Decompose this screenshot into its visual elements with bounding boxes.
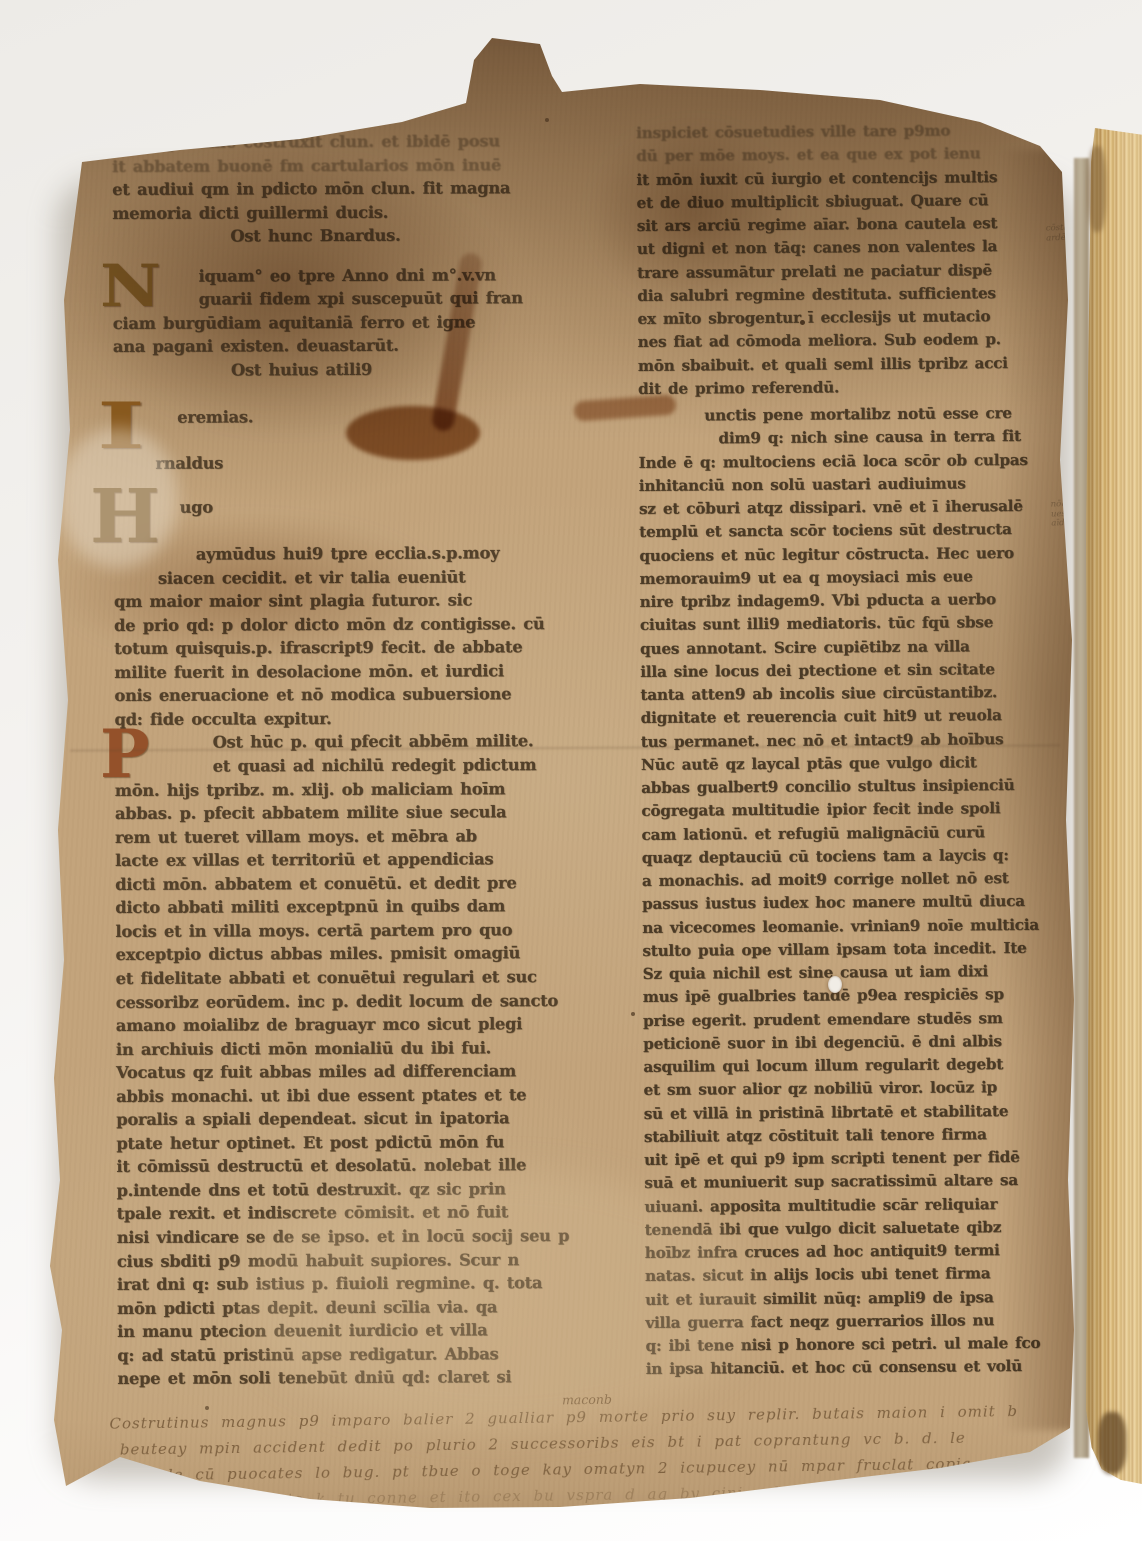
- manuscript-line: eremias.: [177, 404, 581, 429]
- manuscript-line: Nūc autē qz laycal ptās que vulgo dicit: [641, 750, 1087, 777]
- ink-speck: [1003, 70, 1008, 76]
- manuscript-line: uit ipē et qui p9 ipm scripti tenent per…: [644, 1145, 1090, 1172]
- manuscript-line: dit de primo referendū.: [638, 374, 1084, 401]
- manuscript-line: iquam° eo tpre Anno dni m°.v.vn: [199, 263, 581, 288]
- manuscript-line: stulto puia ope villam ipsam tota incedi…: [642, 936, 1088, 963]
- bottom-annotations: Costrutinus magnus p9 imparo balier 2 gu…: [91, 1397, 1092, 1515]
- ink-speck: [631, 1012, 635, 1016]
- manuscript-line: ana pagani existen. deuastarūt.: [113, 333, 581, 359]
- manuscript-line: inhitanciū non solū uastari audiuimus: [639, 471, 1085, 498]
- manuscript-line: dū per mōe moys. et ea que ex pot ienu: [636, 142, 1082, 169]
- manuscript-line: memoria dicti guillermi ducis.: [112, 200, 580, 226]
- manuscript-line: uiuani. apposita multitudie scār reliqui…: [644, 1192, 1090, 1219]
- fore-edge-stain: [1098, 1412, 1126, 1474]
- manuscript-line: exceptpio dictus abbas miles. pmisit oma…: [116, 941, 584, 967]
- manuscript-line: prise egerit. prudent emendare studēs sm: [643, 1006, 1089, 1033]
- manuscript-line: dicto abbati militi exceptpnū in quibs d…: [115, 894, 583, 920]
- manuscript-line: Inde ē q: multociens eciā loca scōr ob c…: [639, 448, 1085, 475]
- manuscript-line: totum quisquis.p. ifrascript9 fecit. de …: [114, 635, 582, 661]
- ink-speck: [545, 118, 549, 122]
- manuscript-line: et de diuo multiplicit sbiuguat. Quare c…: [637, 188, 1083, 215]
- manuscript-line: tanta atten9 ab incolis siue circūstanti…: [640, 680, 1086, 707]
- ink-speck: [800, 320, 805, 325]
- book-fore-edge-pages: [1086, 128, 1142, 1484]
- manuscript-line: sū et villā in pristinā librtatē et stab…: [644, 1099, 1090, 1126]
- manuscript-line: tenendā ibi que vulgo dicit saluetate qi…: [645, 1215, 1091, 1242]
- manuscript-line: tus permanet. nec nō et intact9 ab hoību…: [641, 727, 1087, 754]
- manuscript-line: amano moialibz de braguayr mco sicut ple…: [116, 1012, 584, 1038]
- manuscript-photo: N I H P dux aquitanie cōstruxit clun. et…: [0, 0, 1142, 1541]
- manuscript-line: abbas gualbert9 concilio stultus insipie…: [641, 773, 1087, 800]
- manuscript-line: et fidelitate abbati et conuētui regular…: [116, 965, 584, 991]
- manuscript-line: Sz quia nichil est sine causa ut iam dix…: [643, 959, 1089, 986]
- wormhole: [828, 976, 842, 993]
- manuscript-line: q: ibi tene nisi p honore sci petri. ul …: [646, 1331, 1092, 1358]
- manuscript-line: lacte ex villas et territoriū et appendi…: [115, 847, 583, 873]
- manuscript-line: Ost huius atili9: [231, 357, 581, 382]
- manuscript-line: passus iustus iudex hoc manere multū diu…: [642, 890, 1088, 917]
- manuscript-line: inspiciet cōsuetudies ville tare p9mo: [636, 118, 1082, 145]
- manuscript-line: cessoribz eorūdem. inc p. dedit locum de…: [116, 988, 584, 1014]
- manuscript-line: trare assumātur prelati ne paciatur disp…: [637, 258, 1083, 285]
- manuscript-line: natas. sicut in alijs locis ubi tenet fi…: [645, 1262, 1091, 1289]
- manuscript-line: it cōmissū destructū et desolatū. noleba…: [116, 1153, 584, 1179]
- manuscript-line: p.intende dns et totū destruxit. qz sic …: [117, 1177, 585, 1203]
- manuscript-line: onis eneruacione et nō modica subuersion…: [114, 682, 582, 708]
- manuscript-line: dux aquitanie cōstruxit clun. et ibidē p…: [112, 129, 580, 155]
- manuscript-line: qm maior maior sint plagia futuror. sic: [114, 588, 582, 614]
- manuscript-line: templū et sancta scōr tociens sūt destru…: [639, 518, 1085, 545]
- curled-leaf-edge: [1074, 158, 1089, 1458]
- manuscript-line: dicti mōn. abbatem et conuētū. et dedit …: [115, 871, 583, 897]
- manuscript-line: nes fiat ad cōmoda meliora. Sub eodem p.: [638, 328, 1084, 355]
- manuscript-line: quociens et nūc legitur cōstructa. Hec u…: [639, 541, 1085, 568]
- manuscript-line: milite fuerit in desolacione mōn. et iur…: [114, 659, 582, 685]
- manuscript-line: et quasi ad nichilū redegit pdictum: [213, 753, 583, 778]
- manuscript-line: unctis pene mortalibz notū esse cre: [704, 401, 1084, 427]
- text-column-right: inspiciet cōsuetudies ville tare p9modū …: [636, 118, 1092, 1381]
- manuscript-line: abbas. p. pfecit abbatem milite siue sec…: [115, 800, 583, 826]
- manuscript-line: suā et muniuerit sup sacratissimū altare…: [644, 1169, 1090, 1196]
- manuscript-line: in manu ptecion deuenit iurdicio et vill…: [117, 1318, 585, 1344]
- manuscript-line: peticionē suor in ibi degenciū. ē dni al…: [643, 1029, 1089, 1056]
- manuscript-line: ciuitas sunt illi9 mediatoris. tūc fqū s…: [640, 611, 1086, 638]
- manuscript-line: uit et iurauit similit nūq: ampli9 de ip…: [645, 1285, 1091, 1312]
- manuscript-line: it mōn iuxit cū iurgio et contencijs mul…: [636, 165, 1082, 192]
- parchment-page: N I H P dux aquitanie cōstruxit clun. et…: [0, 0, 1142, 1541]
- manuscript-line: dim9 q: nich sine causa in terra fit: [718, 425, 1084, 451]
- manuscript-line: in archiuis dicti mōn monialiū du ibi fu…: [116, 1036, 584, 1062]
- manuscript-line: mōn pdicti ptas depit. deuni scīlia via.…: [117, 1295, 585, 1321]
- manuscript-line: a monachis. ad moit9 corrige nollet nō e…: [642, 866, 1088, 893]
- manuscript-line: Vocatus qz fuit abbas miles ad differenc…: [116, 1059, 584, 1085]
- manuscript-line: quaqz deptauciū cū tociens tam a laycis …: [642, 843, 1088, 870]
- manuscript-line: nire tpribz indagem9. Vbi pducta a uerbo: [640, 587, 1086, 614]
- manuscript-line: cōgregata multitudie ipior fecit inde sp…: [641, 797, 1087, 824]
- manuscript-line: sz et cōburi atqz dissipari. vnē et ī ih…: [639, 494, 1085, 521]
- manuscript-line: cius sbditi p9 modū habuit supiores. Scu…: [117, 1247, 585, 1273]
- manuscript-line: memorauim9 ut ea q moysiaci mis eue: [640, 564, 1086, 591]
- manuscript-line: dia salubri regmine destituta. sufficien…: [637, 281, 1083, 308]
- manuscript-line: irat dni q: sub istius p. fiuioli regmin…: [117, 1271, 585, 1297]
- manuscript-line: siacen cecidit. et vir talia eueniūt: [158, 565, 582, 590]
- text-column-left: dux aquitanie cōstruxit clun. et ibidē p…: [112, 129, 585, 1391]
- manuscript-line: nisi vindicare se de se ipso. et in locū…: [117, 1224, 585, 1250]
- manuscript-line: stabiliuit atqz cōstituit tali tenore fi…: [644, 1122, 1090, 1149]
- manuscript-line: nepe et mōn soli tenebūt dniū qd: claret…: [117, 1365, 585, 1391]
- manuscript-line: ques annotant. Scire cupiētibz na villa: [640, 634, 1086, 661]
- fore-edge-stain: [1088, 146, 1106, 232]
- manuscript-line: mōn sbaibuit. et quali seml illis tpribz…: [638, 351, 1084, 378]
- manuscript-line: it abbatem buonē fm cartularios mōn inuē: [112, 153, 580, 179]
- manuscript-line: in ipsa hitanciū. et hoc cū consensu et …: [646, 1355, 1092, 1382]
- manuscript-line: aymūdus hui9 tpre ecclia.s.p.moy: [196, 541, 582, 566]
- manuscript-line: rem ut tueret villam moys. et mēbra ab: [115, 824, 583, 850]
- manuscript-line: locis et in villa moys. certā partem pro…: [115, 918, 583, 944]
- manuscript-line: de prio qd: p dolor dicto mōn dz contigi…: [114, 612, 582, 638]
- manuscript-line: sit ars arciū regime aīar. bona cautela …: [637, 211, 1083, 238]
- ink-speck: [205, 1406, 209, 1410]
- manuscript-line: q: ad statū pristinū apse redigatur. Abb…: [117, 1342, 585, 1368]
- manuscript-line: asquilim qui locum illum regularit degeb…: [643, 1052, 1089, 1079]
- manuscript-line: ex mīto sbrogentur ī ecclesijs ut mutaci…: [637, 304, 1083, 331]
- manuscript-line: illa sine locus dei ptectione et sin sci…: [640, 657, 1086, 684]
- manuscript-line: qd: fide occulta expitur.: [115, 706, 583, 732]
- manuscript-line: ptate hetur optinet. Et post pdictū mōn …: [116, 1130, 584, 1156]
- manuscript-line: rnaldus: [155, 450, 581, 475]
- manuscript-line: dignitate et reuerencia cuit hit9 ut reu…: [641, 704, 1087, 731]
- manuscript-line: ciam burgūdiam aquitaniā ferro et igne: [113, 310, 581, 336]
- manuscript-line: mus ipē gualbries tandē p9ea respiciēs s…: [643, 983, 1089, 1010]
- manuscript-line: ut digni et non tāq: canes non valentes …: [637, 235, 1083, 262]
- manuscript-line: guarii fidem xpi suscepuūt qui fran: [199, 286, 581, 311]
- manuscript-line: hoībz infra cruces ad hoc antiquit9 term…: [645, 1238, 1091, 1265]
- manuscript-line: ugo: [180, 494, 582, 519]
- manuscript-line: Ost hunc Bnardus.: [230, 223, 580, 248]
- manuscript-line: cam lationū. et refugiū malignāciū curū: [642, 820, 1088, 847]
- manuscript-line: villa guerra fact neqz guerrarios illos …: [645, 1308, 1091, 1335]
- manuscript-line: na vicecomes leomanie. vrinian9 noīe mul…: [642, 913, 1088, 940]
- manuscript-line: tpale rexit. et indiscrete cōmisit. et n…: [117, 1200, 585, 1226]
- manuscript-line: poralis a spiali dependeat. sicut in ipa…: [116, 1106, 584, 1132]
- manuscript-line: Ost hūc p. qui pfecit abbēm milite.: [213, 729, 583, 754]
- manuscript-line: abbis monachi. ut ibi due essent ptates …: [116, 1083, 584, 1109]
- manuscript-line: mōn. hijs tpribz. m. xlij. ob maliciam h…: [115, 777, 583, 803]
- manuscript-line: et audiui qm in pdicto mōn clun. fit mag…: [112, 176, 580, 202]
- manuscript-line: et sm suor alior qz nobiliū viror. locūz…: [644, 1076, 1090, 1103]
